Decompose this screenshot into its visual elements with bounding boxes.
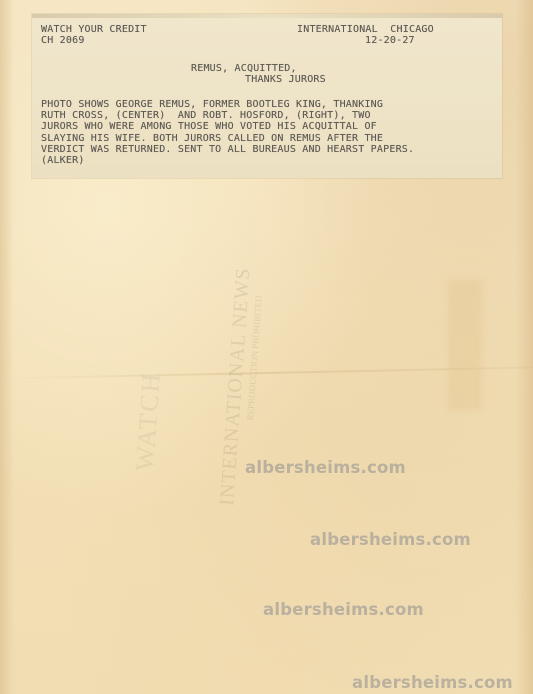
caption-body: PHOTO SHOWS GEORGE REMUS, FORMER BOOTLEG… (41, 99, 414, 166)
caption-body-line: RUTH CROSS, (CENTER) AND ROBT. HOSFORD, … (41, 110, 371, 121)
paper-edge-right (515, 0, 533, 694)
agency-line: INTERNATIONAL CHICAGO (297, 24, 434, 35)
headline-line-2: THANKS JURORS (245, 74, 326, 85)
caption-body-line: JURORS WHO WERE AMONG THOSE WHO VOTED HI… (41, 121, 377, 132)
caption-body-line: PHOTO SHOWS GEORGE REMUS, FORMER BOOTLEG… (41, 99, 383, 110)
slip-torn-edge (32, 14, 502, 18)
caption-date: 12-20-27 (365, 35, 415, 46)
watermark: albersheims.com (352, 673, 513, 692)
watermark: albersheims.com (245, 458, 406, 477)
credit-line: WATCH YOUR CREDIT (41, 24, 147, 35)
header-left: WATCH YOUR CREDIT CH 2069 (41, 24, 147, 46)
caption-body-line: SLAYING HIS WIFE. BOTH JURORS CALLED ON … (41, 133, 383, 144)
caption-body-line: (ALKER) (41, 155, 85, 166)
negative-number: CH 2069 (41, 35, 85, 46)
watermark: albersheims.com (310, 530, 471, 549)
caption-body-line: VERDICT WAS RETURNED. SENT TO ALL BUREAU… (41, 144, 414, 155)
watermark: albersheims.com (263, 600, 424, 619)
headline-line-1: REMUS, ACQUITTED, (191, 63, 297, 74)
paper-edge-left (0, 0, 14, 694)
paper-stain (448, 280, 482, 410)
